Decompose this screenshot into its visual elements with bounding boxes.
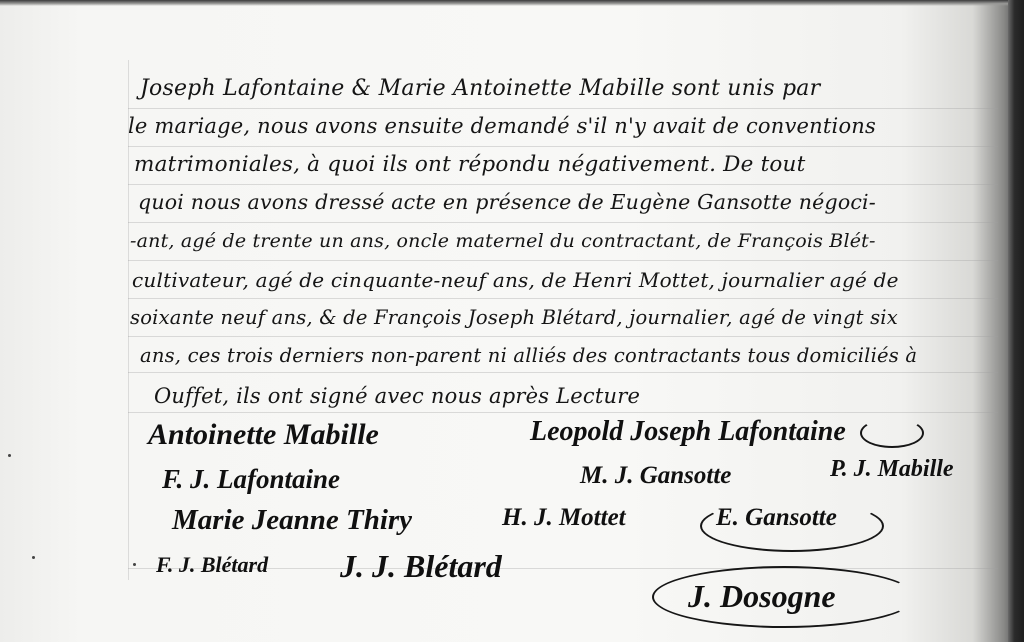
signature-row2-b: M. J. Gansotte — [580, 462, 731, 490]
binding-shadow — [1008, 0, 1024, 642]
signature-flourish — [700, 500, 884, 552]
margin-rule — [128, 60, 129, 580]
paper-speck — [133, 563, 136, 566]
body-line-5: -ant, agé de trente un ans, oncle matern… — [130, 230, 876, 252]
ruled-line — [128, 260, 998, 261]
body-line-1: Joseph Lafontaine & Marie Antoinette Mab… — [140, 76, 820, 101]
ruled-line — [128, 412, 998, 413]
ruled-line — [128, 372, 998, 373]
body-line-2: le mariage, nous avons ensuite demandé s… — [128, 114, 876, 138]
signature-row2-a: F. J. Lafontaine — [162, 464, 340, 495]
body-line-8: ans, ces trois derniers non-parent ni al… — [140, 344, 917, 367]
document-page: Joseph Lafontaine & Marie Antoinette Mab… — [0, 0, 1024, 642]
page-top-edge — [0, 0, 1024, 6]
signature-row2-c: P. J. Mabille — [830, 456, 954, 483]
signature-bride: Antoinette Mabille — [148, 418, 379, 452]
ruled-line — [128, 108, 998, 109]
signature-row3-a: Marie Jeanne Thiry — [172, 504, 412, 537]
paper-speck — [8, 454, 11, 457]
signature-row3-b: H. J. Mottet — [502, 504, 626, 532]
body-line-6: cultivateur, agé de cinquante-neuf ans, … — [132, 268, 899, 292]
body-line-3: matrimoniales, à quoi ils ont répondu né… — [134, 152, 805, 177]
ruled-line — [128, 146, 998, 147]
signature-row4-b: J. J. Blétard — [340, 548, 502, 585]
signature-flourish — [860, 418, 924, 448]
signature-row4-a: F. J. Blétard — [156, 552, 268, 578]
signature-groom: Leopold Joseph Lafontaine — [530, 416, 846, 448]
ruled-line — [128, 336, 998, 337]
body-line-9: Ouffet, ils ont signé avec nous après Le… — [154, 384, 640, 408]
ruled-line — [128, 222, 998, 223]
body-line-7: soixante neuf ans, & de François Joseph … — [130, 306, 898, 329]
ruled-line — [128, 184, 998, 185]
signature-flourish — [652, 566, 916, 628]
body-line-4: quoi nous avons dressé acte en présence … — [138, 190, 876, 214]
ruled-line — [128, 298, 998, 299]
paper-speck — [32, 556, 35, 559]
